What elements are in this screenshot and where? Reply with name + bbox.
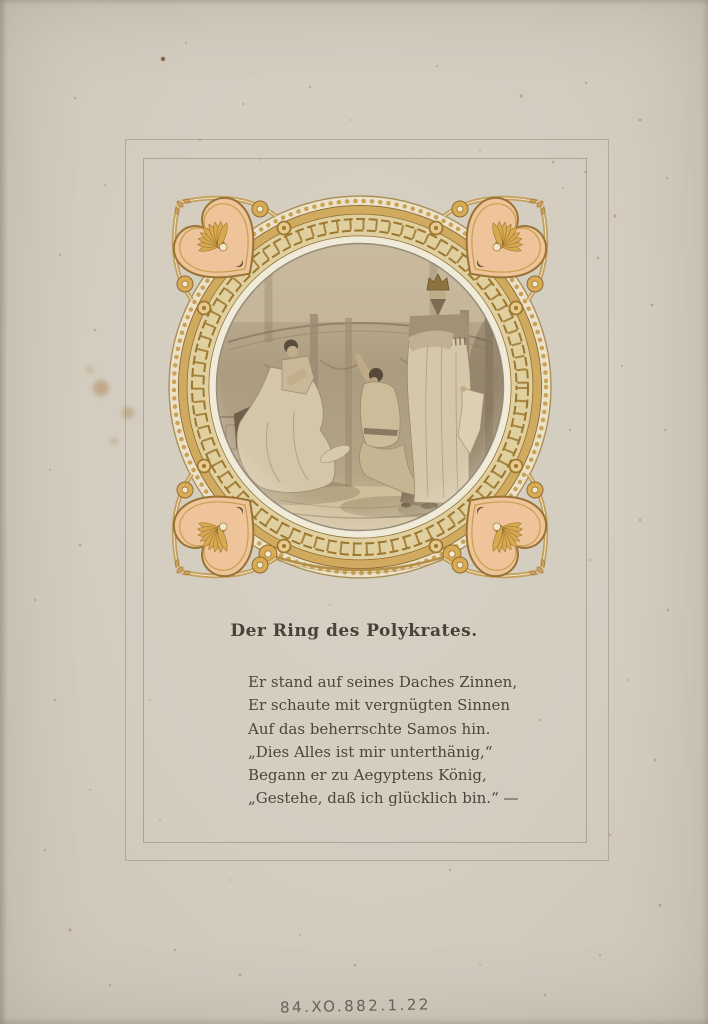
poem-line: „Gestehe, daß ich glücklich bin.“ — <box>248 787 519 810</box>
poem-stanza: Er stand auf seines Daches Zinnen, Er sc… <box>248 671 519 811</box>
poem-line: „Dies Alles ist mir unterthänig,“ <box>248 741 519 764</box>
poem-line: Er stand auf seines Daches Zinnen, <box>248 671 519 694</box>
poem-line: Begann er zu Aegyptens König, <box>248 764 519 787</box>
accession-number-handwriting: 84.XO.882.1.22 <box>280 995 431 1016</box>
poem-line: Auf das beherrschte Samos hin. <box>248 718 519 741</box>
poem-line: Er schaute mit vergnügten Sinnen <box>248 694 519 717</box>
plate-title: Der Ring des Polykrates. <box>0 621 708 641</box>
scanned-book-page: Der Ring des Polykrates. Er stand auf se… <box>0 0 708 1024</box>
ornamental-frame <box>168 192 552 582</box>
